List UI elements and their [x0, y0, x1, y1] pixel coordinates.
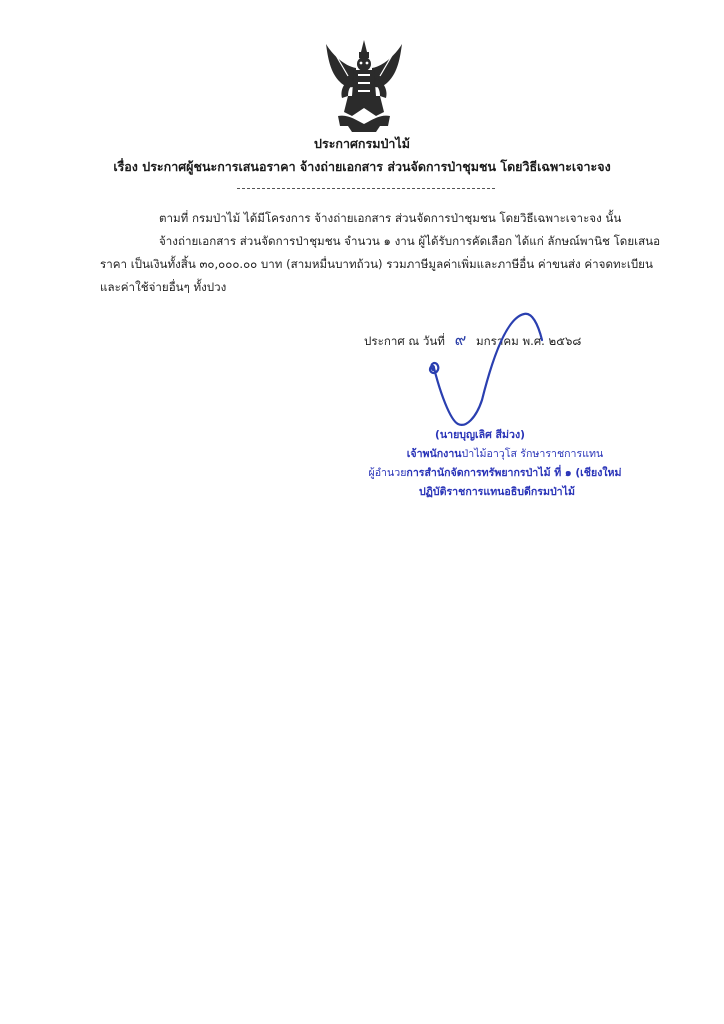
date-day-handwritten: ๙ [449, 330, 473, 349]
signatory-position-line2: ผู้อำนวยการสำนักจัดการทรัพยากรป่าไม้ ที่… [360, 464, 630, 481]
signatory-name: (นายบุญเลิศ สีม่วง) [420, 426, 540, 443]
divider-line [237, 188, 495, 189]
document-page: ประกาศกรมป่าไม้ เรื่อง ประกาศผู้ชนะการเส… [0, 0, 724, 1024]
date-prefix: ประกาศ ณ วันที่ [364, 334, 445, 348]
document-title: ประกาศกรมป่าไม้ [0, 134, 724, 154]
announcement-date: ประกาศ ณ วันที่ ๙ มกราคม พ.ศ. ๒๕๖๘ [364, 328, 581, 353]
date-month-year: มกราคม พ.ศ. ๒๕๖๘ [476, 334, 581, 348]
body-paragraph-line: และค่าใช้จ่ายอื่นๆ ทั้งปวง [100, 279, 226, 297]
signatory-position-line1: เจ้าพนักงานป่าไม้อาวุโส รักษาราชการแทน [395, 445, 615, 462]
handwritten-signature [400, 300, 560, 435]
body-paragraph-line: ราคา เป็นเงินทั้งสิ้น ๓๐,๐๐๐.๐๐ บาท (สาม… [100, 256, 653, 274]
body-paragraph-line: ตามที่ กรมป่าไม้ ได้มีโครงการ จ้างถ่ายเอ… [159, 210, 621, 228]
garuda-emblem-icon [318, 38, 410, 134]
signatory-position-line3: ปฏิบัติราชการแทนอธิบดีกรมป่าไม้ [382, 483, 612, 500]
document-subject: เรื่อง ประกาศผู้ชนะการเสนอราคา จ้างถ่ายเ… [0, 157, 724, 177]
body-paragraph-line: จ้างถ่ายเอกสาร ส่วนจัดการป่าชุมชน จำนวน … [159, 233, 660, 251]
